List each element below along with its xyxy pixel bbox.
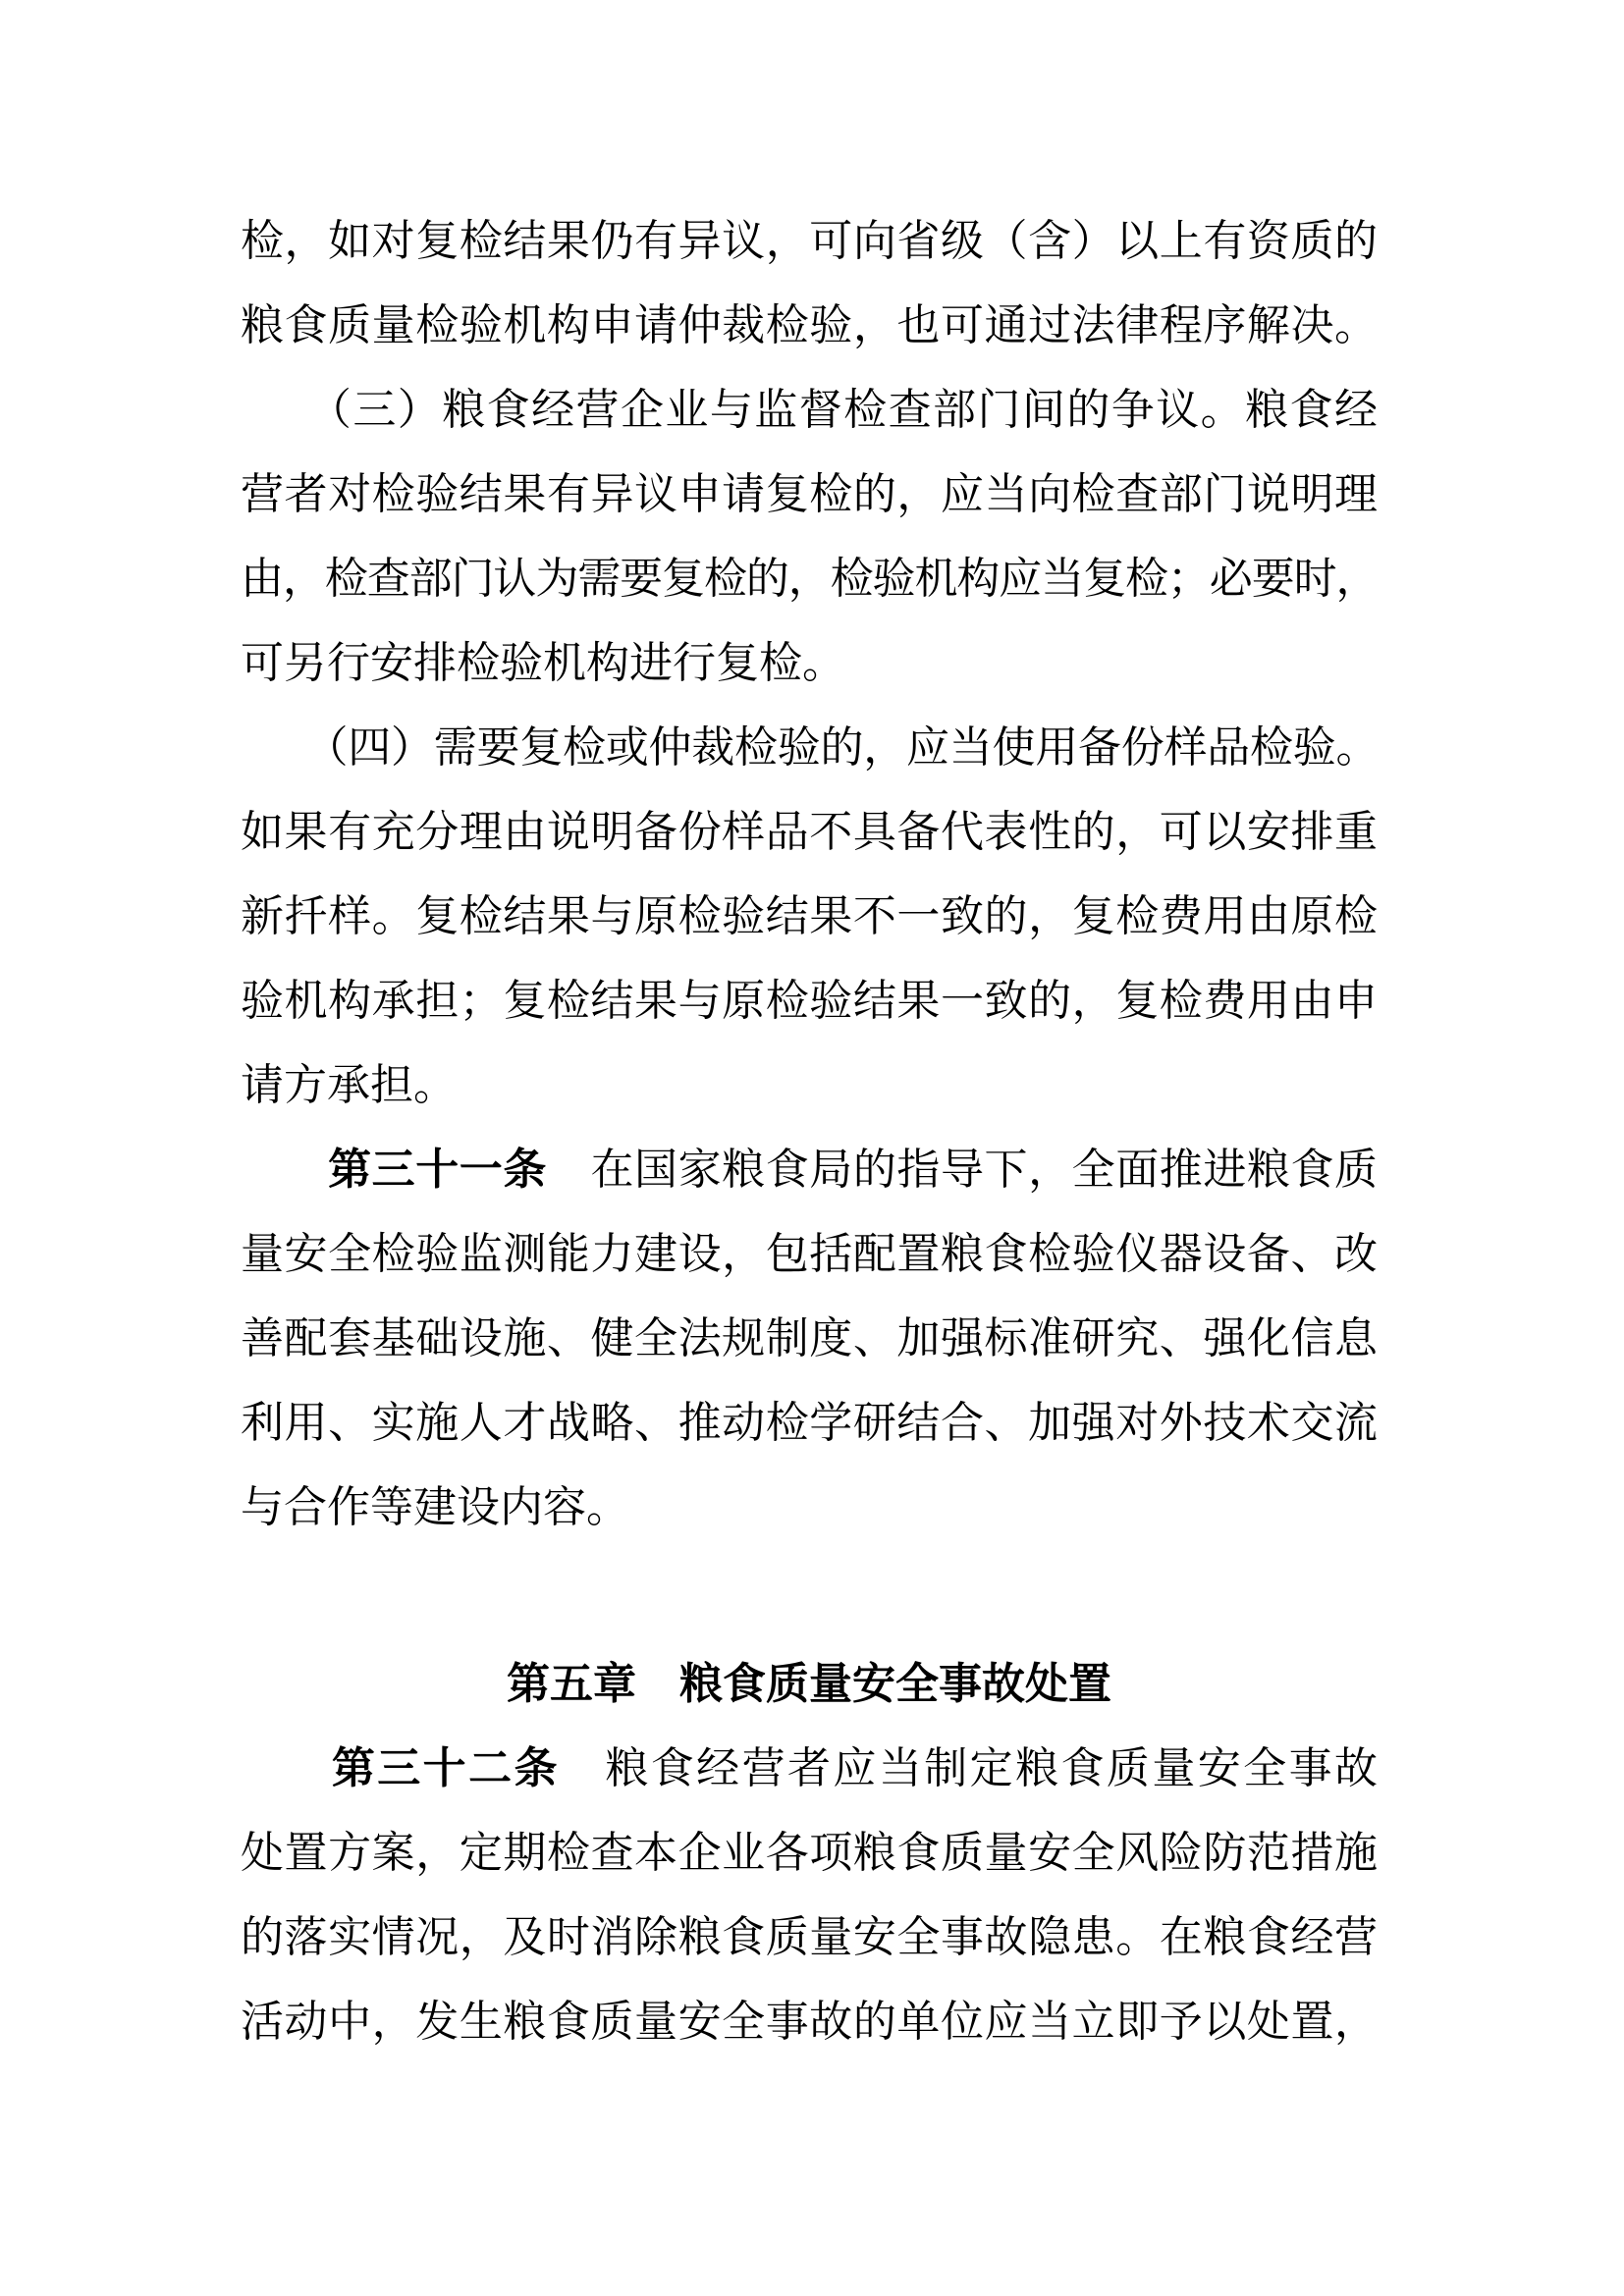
text-line: 营者对检验结果有异议申请复检的，应当向检查部门说明理 [241, 453, 1378, 537]
paragraph-gap [241, 1550, 1378, 1642]
emphasized-text-segment: 第三十二条 [332, 1744, 560, 1792]
emphasized-text-segment: 第三十一条 [328, 1146, 547, 1194]
text-segment: 在国家粮食局的指导下，全面推进粮食质 [547, 1146, 1378, 1194]
text-segment: 检，如对复检结果仍有异议，可向省级（含）以上有资质的 [241, 217, 1378, 265]
document-text-block: 检，如对复检结果仍有异议，可向省级（含）以上有资质的粮食质量检验机构申请仲裁检验… [241, 199, 1378, 2064]
text-segment: （四）需要复检或仲裁检验的，应当使用备份样品检验。 [241, 723, 1378, 772]
text-line: 可另行安排检验机构进行复检。 [241, 621, 1378, 706]
text-line: 验机构承担；复检结果与原检验结果一致的，复检费用由申 [241, 959, 1378, 1043]
text-line: 善配套基础设施、健全法规制度、加强标准研究、强化信息 [241, 1297, 1378, 1381]
text-line: 由，检查部门认为需要复检的，检验机构应当复检；必要时， [241, 537, 1378, 621]
text-line: （三）粮食经营企业与监督检查部门间的争议。粮食经 [241, 368, 1378, 453]
text-line: 新扦样。复检结果与原检验结果不一致的，复检费用由原检 [241, 875, 1378, 959]
text-line: 量安全检验监测能力建设，包括配置粮食检验仪器设备、改 [241, 1212, 1378, 1297]
text-segment: （三）粮食经营企业与监督检查部门间的争议。粮食经 [241, 386, 1378, 434]
text-line: 请方承担。 [241, 1043, 1378, 1128]
text-segment [241, 1146, 328, 1194]
text-segment: 如果有充分理由说明备份样品不具备代表性的，可以安排重 [241, 808, 1378, 856]
text-segment: 可另行安排检验机构进行复检。 [241, 639, 845, 687]
text-segment: 请方承担。 [241, 1061, 457, 1109]
text-line: 活动中，发生粮食质量安全事故的单位应当立即予以处置， [241, 1980, 1378, 2064]
text-line: 利用、实施人才战略、推动检学研结合、加强对外技术交流 [241, 1381, 1378, 1466]
text-segment: 活动中，发生粮食质量安全事故的单位应当立即予以处置， [241, 1998, 1378, 2046]
text-segment: 利用、实施人才战略、推动检学研结合、加强对外技术交流 [241, 1399, 1378, 1447]
text-segment: 由，检查部门认为需要复检的，检验机构应当复检；必要时， [241, 555, 1378, 603]
text-segment: 粮食经营者应当制定粮食质量安全事故 [560, 1744, 1378, 1792]
document-page: 检，如对复检结果仍有异议，可向省级（含）以上有资质的粮食质量检验机构申请仲裁检验… [0, 0, 1624, 2296]
text-line: （四）需要复检或仲裁检验的，应当使用备份样品检验。 [241, 706, 1378, 790]
text-segment [241, 1744, 332, 1792]
text-line: 如果有充分理由说明备份样品不具备代表性的，可以安排重 [241, 790, 1378, 875]
text-segment: 验机构承担；复检结果与原检验结果一致的，复检费用由申 [241, 977, 1378, 1025]
text-segment: 粮食质量检验机构申请仲裁检验，也可通过法律程序解决。 [241, 301, 1378, 349]
text-line: 第三十一条 在国家粮食局的指导下，全面推进粮食质 [241, 1128, 1378, 1212]
text-line: 检，如对复检结果仍有异议，可向省级（含）以上有资质的 [241, 199, 1378, 284]
text-line: 的落实情况，及时消除粮食质量安全事故隐患。在粮食经营 [241, 1896, 1378, 1980]
text-segment: 处置方案，定期检查本企业各项粮食质量安全风险防范措施 [241, 1829, 1378, 1877]
text-segment: 量安全检验监测能力建设，包括配置粮食检验仪器设备、改 [241, 1230, 1378, 1278]
text-segment: 新扦样。复检结果与原检验结果不一致的，复检费用由原检 [241, 892, 1378, 940]
text-line: 第三十二条 粮食经营者应当制定粮食质量安全事故 [241, 1727, 1378, 1811]
chapter-heading: 第五章 粮食质量安全事故处置 [241, 1642, 1378, 1727]
text-line: 处置方案，定期检查本企业各项粮食质量安全风险防范措施 [241, 1811, 1378, 1896]
text-line: 粮食质量检验机构申请仲裁检验，也可通过法律程序解决。 [241, 284, 1378, 368]
text-segment: 营者对检验结果有异议申请复检的，应当向检查部门说明理 [241, 470, 1378, 518]
text-line: 与合作等建设内容。 [241, 1466, 1378, 1550]
text-segment: 善配套基础设施、健全法规制度、加强标准研究、强化信息 [241, 1314, 1378, 1362]
emphasized-text-segment: 第五章 粮食质量安全事故处置 [507, 1660, 1111, 1708]
text-segment: 与合作等建设内容。 [241, 1483, 629, 1531]
text-segment: 的落实情况，及时消除粮食质量安全事故隐患。在粮食经营 [241, 1913, 1378, 1961]
